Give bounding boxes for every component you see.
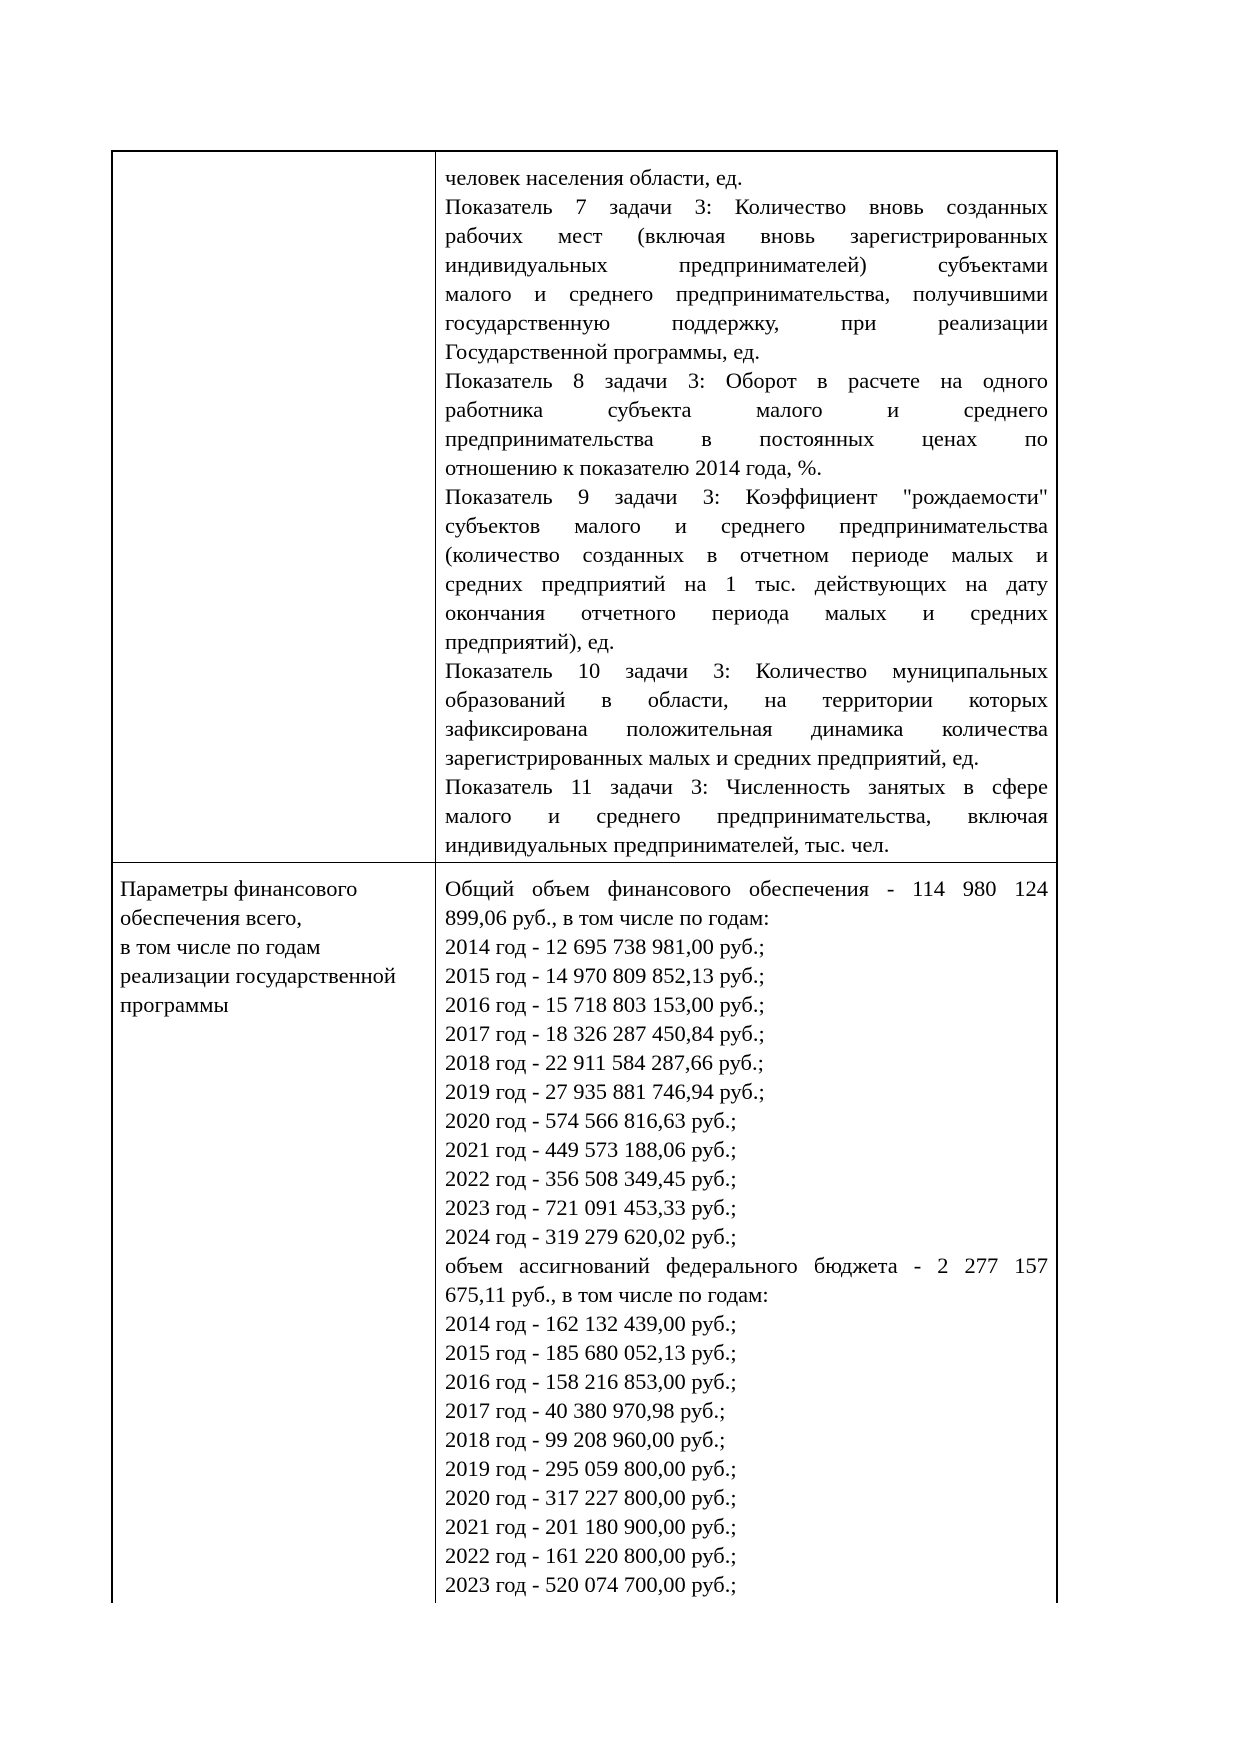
indicators-list: Показатель 7 задачи 3: Количество вновь … [445, 192, 1048, 859]
federal-budget-line: 675,11 руб., в том числе по годам: [445, 1280, 1048, 1309]
federal-year-amount: 2021 год - 201 180 900,00 руб.; [445, 1512, 1048, 1541]
indicator-line: рабочих мест (включая вновь зарегистриро… [445, 221, 1048, 250]
indicator-9: Показатель 9 задачи 3: Коэффициент "рожд… [445, 482, 1048, 656]
indicator-line: средних предприятий на 1 тыс. действующи… [445, 569, 1048, 598]
indicator-line: малого и среднего предпринимательства, п… [445, 279, 1048, 308]
indicator-line: Государственной программы, ед. [445, 337, 1048, 366]
federal-budget-line: объем ассигнований федерального бюджета … [445, 1251, 1048, 1280]
federal-year-amount: 2018 год - 99 208 960,00 руб.; [445, 1425, 1048, 1454]
indicator-line: работника субъекта малого и среднего [445, 395, 1048, 424]
total-year-amount: 2021 год - 449 573 188,06 руб.; [445, 1135, 1048, 1164]
table-left-border [111, 150, 113, 1603]
indicator-line: индивидуальных предпринимателей, тыс. че… [445, 830, 1048, 859]
federal-year-amount: 2020 год - 317 227 800,00 руб.; [445, 1483, 1048, 1512]
indicator-8: Показатель 8 задачи 3: Оборот в расчете … [445, 366, 1048, 482]
table-top-border [111, 150, 1058, 152]
indicator-line: малого и среднего предпринимательства, в… [445, 801, 1048, 830]
total-year-amount: 2016 год - 15 718 803 153,00 руб.; [445, 990, 1048, 1019]
federal-year-amount: 2016 год - 158 216 853,00 руб.; [445, 1367, 1048, 1396]
total-year-amount: 2017 год - 18 326 287 450,84 руб.; [445, 1019, 1048, 1048]
total-year-amount: 2023 год - 721 091 453,33 руб.; [445, 1193, 1048, 1222]
indicator-7: Показатель 7 задачи 3: Количество вновь … [445, 192, 1048, 366]
financing-label-line: Параметры финансового [120, 874, 430, 903]
indicator-6-tail: человек населения области, ед. [445, 163, 1048, 192]
total-year-amount: 2019 год - 27 935 881 746,94 руб.; [445, 1077, 1048, 1106]
federal-year-amount: 2015 год - 185 680 052,13 руб.; [445, 1338, 1048, 1367]
total-year-amount: 2022 год - 356 508 349,45 руб.; [445, 1164, 1048, 1193]
financing-values-cell: Общий объем финансового обеспечения - 11… [445, 874, 1048, 1599]
indicator-line: Показатель 7 задачи 3: Количество вновь … [445, 192, 1048, 221]
total-year-amount: 2014 год - 12 695 738 981,00 руб.; [445, 932, 1048, 961]
indicator-line: Показатель 11 задачи 3: Численность заня… [445, 772, 1048, 801]
indicators-cell: человек населения области, ед. Показател… [445, 163, 1048, 859]
indicator-line: отношению к показателю 2014 года, %. [445, 453, 1048, 482]
financing-label-line: программы [120, 990, 430, 1019]
indicator-line: Показатель 9 задачи 3: Коэффициент "рожд… [445, 482, 1048, 511]
indicator-line: Показатель 8 задачи 3: Оборот в расчете … [445, 366, 1048, 395]
indicator-line: зафиксирована положительная динамика кол… [445, 714, 1048, 743]
indicator-line: Показатель 10 задачи 3: Количество муниц… [445, 656, 1048, 685]
table-row-divider [111, 862, 1058, 863]
total-financing-by-year: 2014 год - 12 695 738 981,00 руб.;2015 г… [445, 932, 1048, 1251]
table-right-border [1056, 150, 1058, 1603]
indicator-10: Показатель 10 задачи 3: Количество муниц… [445, 656, 1048, 772]
financing-label-cell: Параметры финансового обеспечения всего,… [120, 874, 430, 1019]
indicator-line: зарегистрированных малых и средних предп… [445, 743, 1048, 772]
indicator-line: индивидуальных предпринимателей) субъект… [445, 250, 1048, 279]
program-passport-table: человек населения области, ед. Показател… [111, 150, 1058, 1603]
indicator-line: окончания отчетного периода малых и сред… [445, 598, 1048, 627]
federal-year-amount: 2014 год - 162 132 439,00 руб.; [445, 1309, 1048, 1338]
total-year-amount: 2020 год - 574 566 816,63 руб.; [445, 1106, 1048, 1135]
financing-label-line: в том числе по годам [120, 932, 430, 961]
indicator-line: предприятий), ед. [445, 627, 1048, 656]
total-year-amount: 2015 год - 14 970 809 852,13 руб.; [445, 961, 1048, 990]
federal-year-amount: 2023 год - 520 074 700,00 руб.; [445, 1570, 1048, 1599]
total-financing-line: 899,06 руб., в том числе по годам: [445, 903, 1048, 932]
total-financing-line: Общий объем финансового обеспечения - 11… [445, 874, 1048, 903]
table-column-divider [435, 150, 436, 1603]
indicator-line: (количество созданных в отчетном периоде… [445, 540, 1048, 569]
indicator-line: государственную поддержку, при реализаци… [445, 308, 1048, 337]
indicator-line: образований в области, на территории кот… [445, 685, 1048, 714]
federal-budget-by-year: 2014 год - 162 132 439,00 руб.;2015 год … [445, 1309, 1048, 1599]
indicator-line: предпринимательства в постоянных ценах п… [445, 424, 1048, 453]
indicator-11: Показатель 11 задачи 3: Численность заня… [445, 772, 1048, 859]
financing-label-line: реализации государственной [120, 961, 430, 990]
federal-year-amount: 2022 год - 161 220 800,00 руб.; [445, 1541, 1048, 1570]
total-year-amount: 2018 год - 22 911 584 287,66 руб.; [445, 1048, 1048, 1077]
federal-year-amount: 2017 год - 40 380 970,98 руб.; [445, 1396, 1048, 1425]
financing-label-line: обеспечения всего, [120, 903, 430, 932]
indicator-line: субъектов малого и среднего предпринимат… [445, 511, 1048, 540]
total-year-amount: 2024 год - 319 279 620,02 руб.; [445, 1222, 1048, 1251]
federal-year-amount: 2019 год - 295 059 800,00 руб.; [445, 1454, 1048, 1483]
